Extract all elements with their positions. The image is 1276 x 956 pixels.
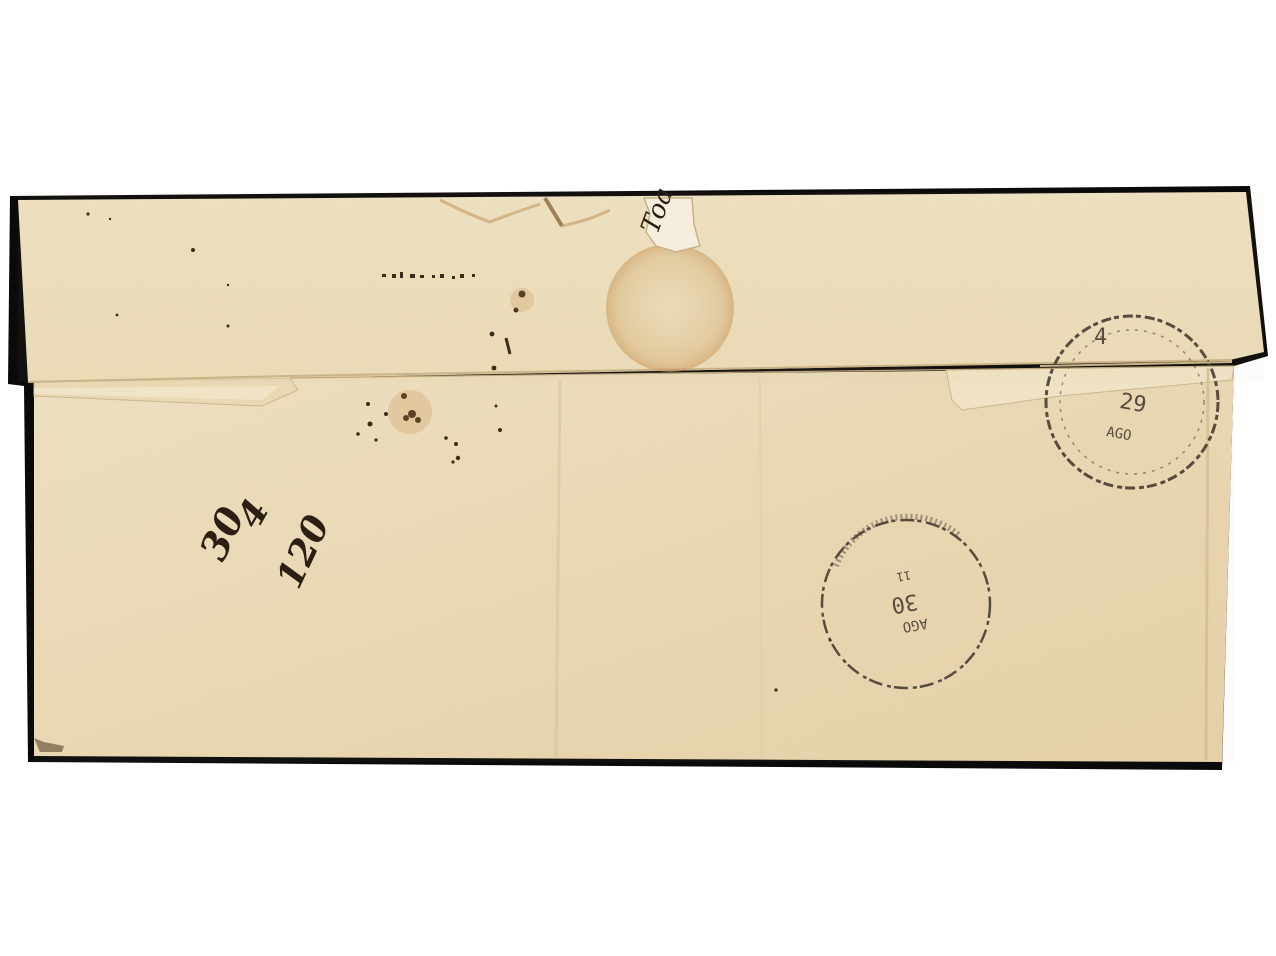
svg-text:29: 29 [1118, 389, 1148, 418]
svg-text:30: 30 [889, 588, 919, 617]
svg-text:11: 11 [896, 568, 913, 584]
svg-text:4: 4 [1094, 325, 1107, 350]
cover-body [34, 368, 1234, 762]
postal-cover-photo: Toa [0, 0, 1276, 956]
